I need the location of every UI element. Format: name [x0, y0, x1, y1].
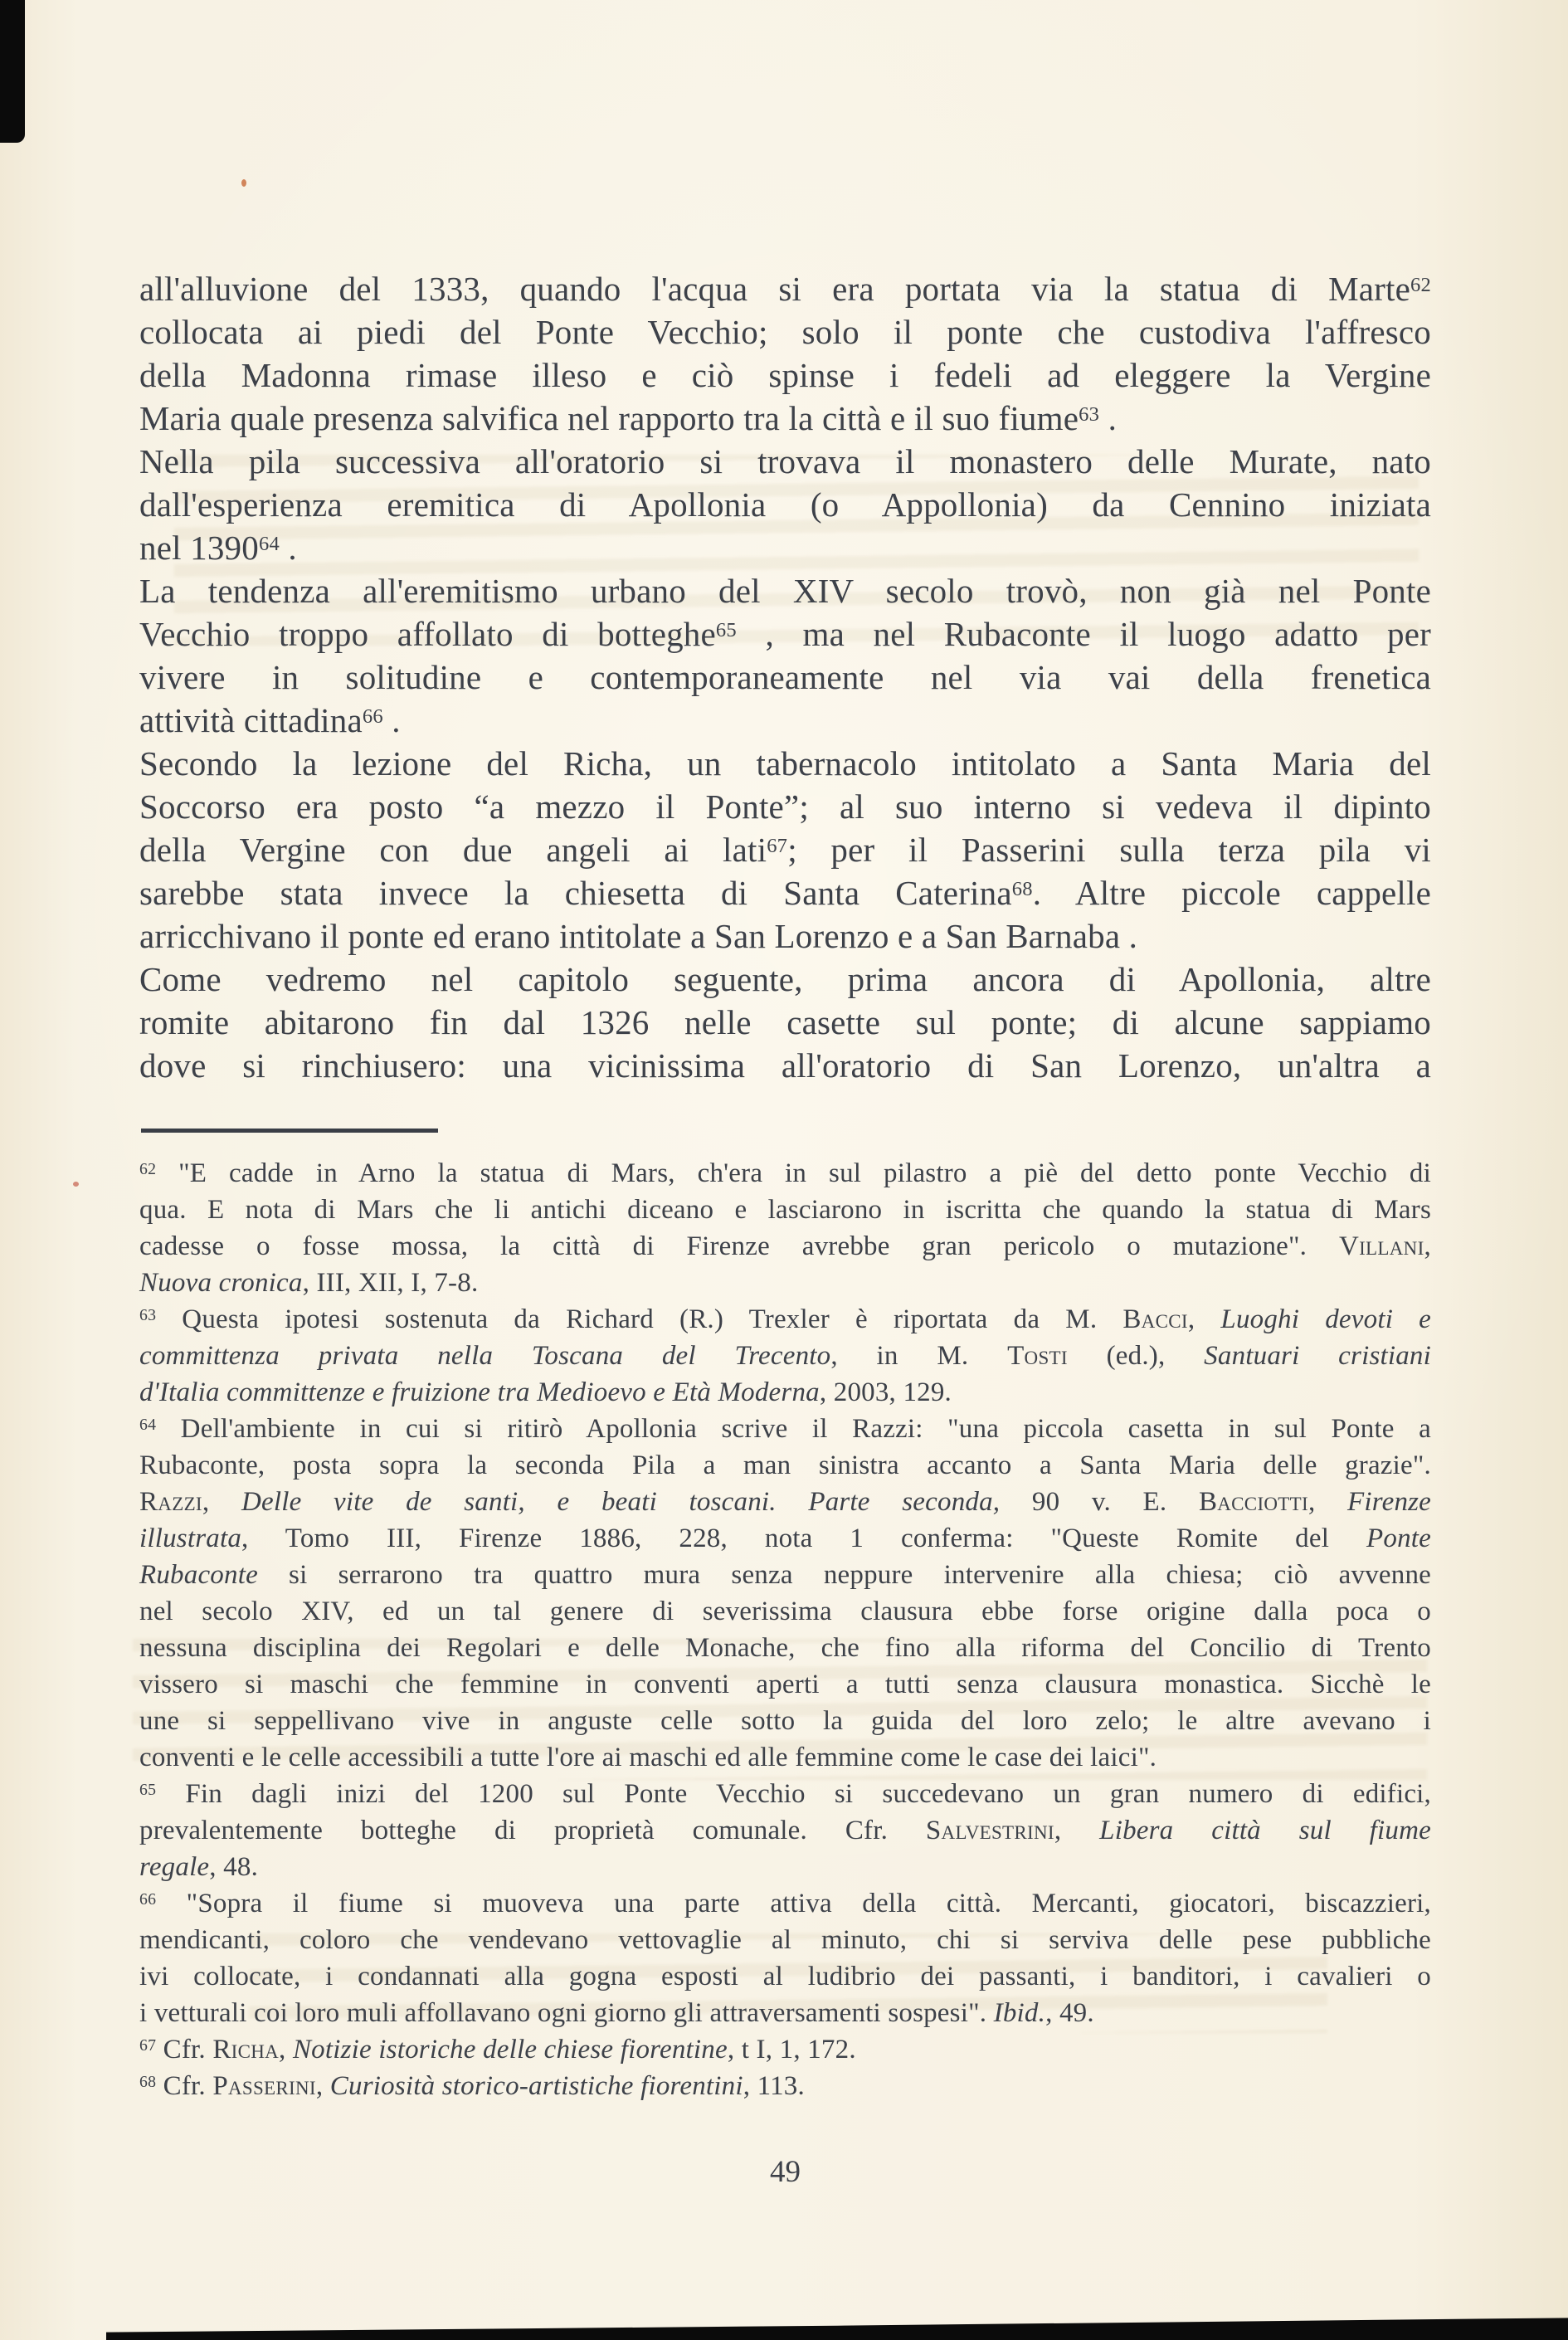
footnote-line: 64 Dell'ambiente in cui si ritirò Apollo…: [139, 1411, 1431, 1447]
footnote-line: Rubaconte si serrarono tra quattro mura …: [139, 1557, 1431, 1593]
body-line: romite abitarono fin dal 1326 nelle case…: [139, 1001, 1431, 1044]
footnote-68: 68 Cfr. Passerini, Curiosità storico-art…: [139, 2068, 1431, 2104]
body-paragraph-1: all'alluvione del 1333, quando l'acqua s…: [139, 267, 1431, 440]
scan-edge-bottom: [106, 2310, 1568, 2340]
footnote-line: illustrata, Tomo III, Firenze 1886, 228,…: [139, 1520, 1431, 1557]
body-line: Soccorso era posto “a mezzo il Ponte”; a…: [139, 785, 1431, 828]
body-line: all'alluvione del 1333, quando l'acqua s…: [139, 267, 1431, 310]
footnote-line: Nuova cronica, III, XII, I, 7-8.: [139, 1265, 1431, 1301]
body-line: dall'esperienza eremitica di Apollonia (…: [139, 483, 1431, 526]
body-line: Nella pila successiva all'oratorio si tr…: [139, 440, 1431, 483]
footnote-line: qua. E nota di Mars che li antichi dicea…: [139, 1192, 1431, 1228]
body-line: nel 139064 .: [139, 526, 1431, 569]
footnote-line: une si seppellivano vive in anguste cell…: [139, 1703, 1431, 1739]
footnote-65: 65 Fin dagli inizi del 1200 sul Ponte Ve…: [139, 1776, 1431, 1885]
footnote-line: 67 Cfr. Richa, Notizie istoriche delle c…: [139, 2031, 1431, 2068]
footnote-line: cadesse o fosse mossa, la città di Firen…: [139, 1228, 1431, 1265]
body-line: collocata ai piedi del Ponte Vecchio; so…: [139, 310, 1431, 353]
body-line: attività cittadina66 .: [139, 699, 1431, 742]
footnote-line: mendicanti, coloro che vendevano vettova…: [139, 1922, 1431, 1958]
footnote-line: 65 Fin dagli inizi del 1200 sul Ponte Ve…: [139, 1776, 1431, 1812]
footnote-line: d'Italia committenze e fruizione tra Med…: [139, 1374, 1431, 1411]
footnote-line: 68 Cfr. Passerini, Curiosità storico-art…: [139, 2068, 1431, 2104]
body-line: arricchivano il ponte ed erano intitolat…: [139, 914, 1431, 958]
body-line: della Vergine con due angeli ai lati67; …: [139, 828, 1431, 871]
footnote-64: 64 Dell'ambiente in cui si ritirò Apollo…: [139, 1411, 1431, 1776]
body-paragraph-4: Secondo la lezione del Richa, un taberna…: [139, 742, 1431, 958]
body-line: La tendenza all'eremitismo urbano del XI…: [139, 569, 1431, 612]
footnote-line: committenza privata nella Toscana del Tr…: [139, 1338, 1431, 1374]
body-line: della Madonna rimase illeso e ciò spinse…: [139, 353, 1431, 397]
body-paragraph-2: Nella pila successiva all'oratorio si tr…: [139, 440, 1431, 569]
footnote-line: 62 "E cadde in Arno la statua di Mars, c…: [139, 1155, 1431, 1192]
scan-speck: [241, 179, 246, 187]
footnote-67: 67 Cfr. Richa, Notizie istoriche delle c…: [139, 2031, 1431, 2068]
footnote-line: i vetturali coi loro muli affollavano og…: [139, 1995, 1431, 2031]
footnote-line: vissero si maschi che femmine in convent…: [139, 1666, 1431, 1703]
scan-speck: [73, 1182, 79, 1187]
footnote-63: 63 Questa ipotesi sostenuta da Richard (…: [139, 1301, 1431, 1411]
footnote-line: ivi collocate, i condannati alla gogna e…: [139, 1958, 1431, 1995]
footnote-line: nel secolo XIV, ed un tal genere di seve…: [139, 1593, 1431, 1630]
footnote-line: nessuna disciplina dei Regolari e delle …: [139, 1630, 1431, 1666]
body-line: Maria quale presenza salvifica nel rappo…: [139, 397, 1431, 440]
footnote-line: prevalentemente botteghe di proprietà co…: [139, 1812, 1431, 1849]
page-number: 49: [139, 2154, 1431, 2190]
footnotes: 62 "E cadde in Arno la statua di Mars, c…: [139, 1155, 1431, 2104]
footnote-line: 63 Questa ipotesi sostenuta da Richard (…: [139, 1301, 1431, 1338]
body-text: all'alluvione del 1333, quando l'acqua s…: [139, 267, 1431, 1087]
footnote-line: regale, 48.: [139, 1849, 1431, 1885]
body-line: Secondo la lezione del Richa, un taberna…: [139, 742, 1431, 785]
footnote-line: 66 "Sopra il fiume si muoveva una parte …: [139, 1885, 1431, 1922]
footnote-line: Razzi, Delle vite de santi, e beati tosc…: [139, 1484, 1431, 1520]
body-line: vivere in solitudine e contemporaneament…: [139, 656, 1431, 699]
body-paragraph-5: Come vedremo nel capitolo seguente, prim…: [139, 958, 1431, 1087]
scanned-book-page: all'alluvione del 1333, quando l'acqua s…: [0, 0, 1568, 2340]
footnote-62: 62 "E cadde in Arno la statua di Mars, c…: [139, 1155, 1431, 1301]
footnote-line: Rubaconte, posta sopra la seconda Pila a…: [139, 1447, 1431, 1484]
body-line: dove si rinchiusero: una vicinissima all…: [139, 1044, 1431, 1087]
body-line: Come vedremo nel capitolo seguente, prim…: [139, 958, 1431, 1001]
body-paragraph-3: La tendenza all'eremitismo urbano del XI…: [139, 569, 1431, 742]
footnote-66: 66 "Sopra il fiume si muoveva una parte …: [139, 1885, 1431, 2031]
footnote-separator-rule: [141, 1129, 438, 1133]
scan-edge-top-left: [0, 0, 25, 143]
body-line: Vecchio troppo affollato di botteghe65 ,…: [139, 612, 1431, 656]
footnote-line: conventi e le celle accessibili a tutte …: [139, 1739, 1431, 1776]
body-line: sarebbe stata invece la chiesetta di San…: [139, 871, 1431, 914]
